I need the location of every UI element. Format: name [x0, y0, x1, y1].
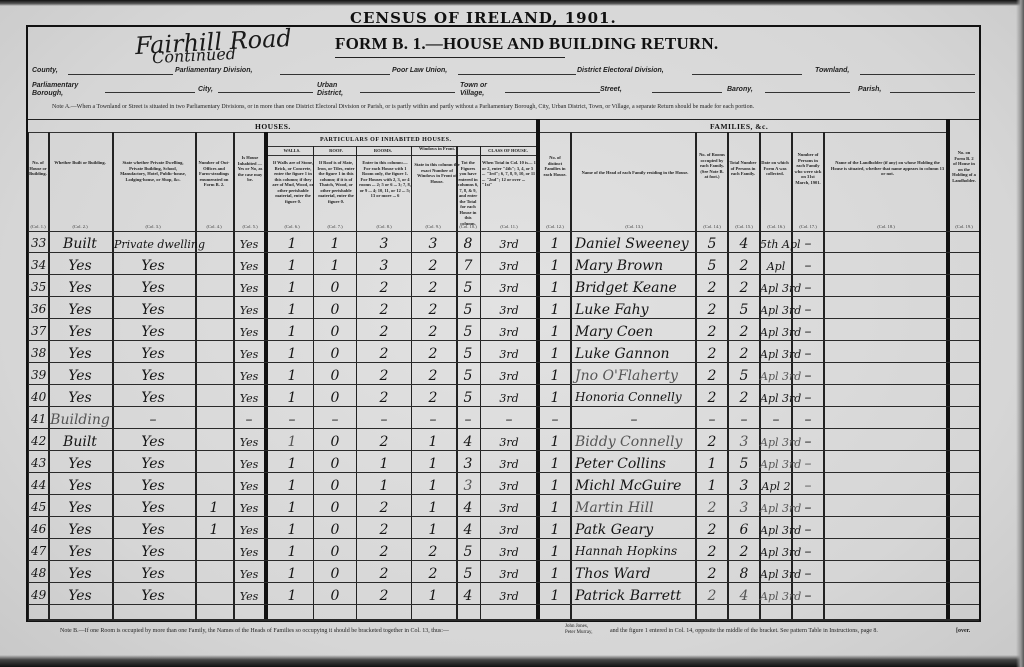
windows: 2: [410, 566, 456, 582]
col18-header: Name of the Landholder (if any) on whose…: [830, 160, 945, 177]
row-rule: [28, 516, 979, 517]
head-of-family: –: [572, 412, 696, 428]
roof: 1: [314, 236, 356, 252]
note-b-name-2: Peter Murray,: [565, 630, 592, 636]
sick-count: –: [792, 588, 824, 604]
urban-district-field: [360, 92, 455, 93]
inhabited: Yes: [234, 392, 264, 405]
rooms: 2: [356, 522, 412, 538]
date-collected: 5th Apl: [760, 238, 792, 251]
note-b-example-names: John Jones, Peter Murray,: [565, 624, 592, 636]
district-electoral-division-label: District Electoral Division,: [577, 67, 664, 74]
col17-number: (Col. 17.): [792, 224, 824, 229]
roof: –: [314, 412, 356, 428]
families-count: 1: [540, 478, 570, 494]
windows: 1: [410, 478, 456, 494]
row-rule: [28, 428, 979, 429]
walls: 1: [270, 500, 314, 516]
roof: 0: [314, 368, 356, 384]
windows: 1: [410, 434, 456, 450]
col5-number: (Col. 5.): [234, 224, 266, 229]
sick-count: –: [792, 522, 824, 538]
rooms-occupied: 2: [696, 346, 728, 362]
inhabited: Yes: [234, 480, 264, 493]
rooms-occupied: 2: [696, 368, 728, 384]
city-label: City,: [198, 86, 213, 93]
rooms: 2: [356, 302, 412, 318]
head-of-family: Mary Coen: [575, 324, 653, 340]
families-count: 1: [540, 566, 570, 582]
head-of-family: Michl McGuire: [575, 478, 681, 494]
col12-number: (Col. 12.): [540, 224, 570, 229]
total: 5: [456, 544, 480, 560]
families-count: 1: [540, 324, 570, 340]
families-count: 1: [540, 544, 570, 560]
house-number: 33: [31, 236, 46, 250]
rooms-occupied: 5: [696, 258, 728, 274]
total: 3: [456, 478, 480, 494]
parliamentary-borough-label: Parliamentary Borough,: [32, 82, 97, 98]
town-or-village-field: [505, 92, 600, 93]
parliamentary-borough-field: [105, 92, 195, 93]
house-class: 3rd: [480, 282, 538, 295]
inhabited: Yes: [234, 370, 264, 383]
date-collected: Apl 3rd: [760, 502, 792, 515]
house-class: 3rd: [480, 436, 538, 449]
building-kind: Yes: [114, 478, 192, 494]
parish-label: Parish,: [858, 86, 881, 93]
house-number: 36: [31, 302, 46, 316]
row-rule: [28, 318, 979, 319]
roof: 0: [314, 588, 356, 604]
scan-top-edge: [0, 0, 1024, 6]
house-class: 3rd: [480, 524, 538, 537]
col10-number: (Col. 10.): [456, 224, 480, 229]
built-or-building: Yes: [50, 566, 110, 582]
families-landholder-divider: [946, 119, 950, 619]
parish-field: [890, 92, 975, 93]
row-rule: [28, 252, 979, 253]
walls: 1: [270, 302, 314, 318]
built-or-building: Built: [50, 434, 110, 450]
inhabited: Yes: [234, 458, 264, 471]
head-of-family: Mary Brown: [575, 258, 663, 274]
families-count: 1: [540, 302, 570, 318]
windows: 2: [410, 280, 456, 296]
table-bottom-rule: [28, 619, 979, 621]
families-count: 1: [540, 368, 570, 384]
sick-count: –: [792, 434, 824, 450]
date-collected: Apl 3rd: [760, 436, 792, 449]
date-collected: Apl 3rd: [760, 392, 792, 405]
scan-right-edge: [1016, 0, 1024, 667]
rooms-occupied: 2: [696, 588, 728, 604]
built-or-building: Yes: [50, 346, 110, 362]
rooms: 2: [356, 324, 412, 340]
out-offices: 1: [196, 522, 232, 538]
walls: –: [270, 412, 314, 428]
families-count: –: [540, 412, 570, 428]
townland-field: [860, 74, 975, 75]
windows: 2: [410, 324, 456, 340]
persons: 2: [728, 544, 760, 560]
rooms: 2: [356, 544, 412, 560]
rooms-occupied: 2: [696, 434, 728, 450]
rooms: 2: [356, 566, 412, 582]
town-or-village-label: Town or Village,: [460, 82, 500, 98]
house-class: 3rd: [480, 392, 538, 405]
rooms: 1: [356, 478, 412, 494]
rooms-occupied: 2: [696, 302, 728, 318]
roof: 0: [314, 566, 356, 582]
total: 3: [456, 456, 480, 472]
built-or-building: Yes: [50, 280, 110, 296]
rooms: 2: [356, 434, 412, 450]
house-number: 45: [31, 500, 46, 514]
form-title-underline: [335, 57, 565, 58]
poor-law-union-field: [458, 74, 576, 75]
col10-header: Tot the Figures you have entered in colu…: [457, 160, 479, 226]
families-count: 1: [540, 258, 570, 274]
persons: 3: [728, 478, 760, 494]
roof: 1: [314, 258, 356, 274]
walls: 1: [270, 544, 314, 560]
row-rule: [28, 340, 979, 341]
out-offices: 1: [196, 500, 232, 516]
roof: 0: [314, 478, 356, 494]
families-count: 1: [540, 522, 570, 538]
col13-number: (Col. 13.): [572, 224, 696, 229]
windows: 1: [410, 456, 456, 472]
built-or-building: Yes: [50, 522, 110, 538]
windows: 1: [410, 522, 456, 538]
rooms: 2: [356, 346, 412, 362]
parliamentary-division-label: Parliamentary Division,: [175, 67, 252, 74]
house-number: 38: [31, 346, 46, 360]
urban-district-label: Urban District,: [317, 82, 352, 98]
windows: 1: [410, 500, 456, 516]
county-field: [68, 74, 173, 75]
col6-number: (Col. 6.): [270, 224, 314, 229]
row-rule: [28, 560, 979, 561]
inhabited: Yes: [234, 568, 264, 581]
walls: 1: [270, 280, 314, 296]
sick-count: –: [792, 368, 824, 384]
sick-count: –: [792, 500, 824, 516]
date-collected: Apl 3rd: [760, 568, 792, 581]
persons: 8: [728, 566, 760, 582]
built-or-building: Yes: [50, 368, 110, 384]
inhabited: Yes: [234, 282, 264, 295]
families-count: 1: [540, 346, 570, 362]
rooms-occupied: 2: [696, 280, 728, 296]
persons: –: [728, 412, 760, 428]
col11-header: When Total in Col. 10 is— 1 or 2, enter …: [482, 160, 536, 188]
date-collected: Apl 3rd: [760, 304, 792, 317]
sick-count: –: [792, 478, 824, 494]
sick-count: –: [792, 346, 824, 362]
head-of-family: Luke Gannon: [575, 346, 670, 362]
head-of-family: Patrick Barrett: [575, 588, 681, 604]
windows-subheader: Windows in Front.: [412, 146, 462, 152]
families-section-title: FAMILIES, &c.: [710, 122, 768, 131]
built-or-building: Yes: [50, 324, 110, 340]
row-rule: [28, 384, 979, 385]
house-number: 40: [31, 390, 46, 404]
building-kind: Yes: [114, 544, 192, 560]
rooms-occupied: 2: [696, 566, 728, 582]
inhabited: Yes: [234, 238, 264, 251]
total: 5: [456, 346, 480, 362]
building-kind: Yes: [114, 456, 192, 472]
head-of-family: Biddy Connelly: [575, 434, 682, 450]
inhabited: Yes: [234, 260, 264, 273]
col19-number: (Col. 19.): [950, 224, 978, 229]
col15-number: (Col. 15.): [728, 224, 760, 229]
col11-number: (Col. 11.): [480, 224, 538, 229]
city-field: [218, 92, 313, 93]
rooms: 1: [356, 456, 412, 472]
inhabited: Yes: [234, 348, 264, 361]
roof: 0: [314, 346, 356, 362]
walls: 1: [270, 346, 314, 362]
col6-header: If Walls are of Stone, Brick, or Concret…: [272, 160, 314, 204]
windows: 2: [410, 544, 456, 560]
walls: 1: [270, 456, 314, 472]
persons: 5: [728, 456, 760, 472]
families-count: 1: [540, 236, 570, 252]
date-collected: Apl 3rd: [760, 326, 792, 339]
col2-header: Whether Built or Building.: [52, 160, 108, 166]
col17-header: Number of Persons in each Family who wer…: [794, 152, 822, 185]
rooms: 2: [356, 500, 412, 516]
col14-number: (Col. 14.): [696, 224, 728, 229]
parliamentary-division-field: [280, 74, 390, 75]
col1-number: (Col. 1.): [28, 224, 48, 229]
total: 5: [456, 390, 480, 406]
built-or-building: Building: [50, 412, 110, 428]
house-number: 49: [31, 588, 46, 602]
house-class: 3rd: [480, 370, 538, 383]
persons: 4: [728, 236, 760, 252]
col19-header: No. on Form B. 2 of House in on the Hold…: [952, 150, 976, 183]
inhabited: Yes: [234, 524, 264, 537]
total: 4: [456, 500, 480, 516]
rooms-occupied: –: [696, 412, 728, 428]
sick-count: –: [792, 456, 824, 472]
rooms-occupied: 1: [696, 456, 728, 472]
col3-header: State whether Private Dwelling, Private …: [116, 160, 190, 182]
house-class: 3rd: [480, 304, 538, 317]
rooms-occupied: 2: [696, 544, 728, 560]
persons: 6: [728, 522, 760, 538]
built-or-building: Yes: [50, 588, 110, 604]
head-of-family: Luke Fahy: [575, 302, 649, 318]
inhabited: Yes: [234, 304, 264, 317]
col2-number: (Col. 2.): [50, 224, 110, 229]
building-kind: Private dwelling: [114, 238, 204, 251]
row-rule: [28, 450, 979, 451]
sick-count: –: [792, 258, 824, 274]
houses-section-title: HOUSES.: [255, 122, 291, 131]
head-of-family: Honoria Connelly: [575, 390, 682, 404]
building-kind: Yes: [114, 500, 192, 516]
rooms-occupied: 5: [696, 236, 728, 252]
walls: 1: [270, 478, 314, 494]
inhabited: Yes: [234, 546, 264, 559]
building-kind: Yes: [114, 302, 192, 318]
row-rule: [28, 296, 979, 297]
poor-law-union-label: Poor Law Union,: [392, 67, 447, 74]
col16-number: (Col. 16.): [760, 224, 792, 229]
col4-header: Number of Out-Offices and Farm-steadings…: [198, 160, 230, 188]
head-of-family: Thos Ward: [575, 566, 651, 582]
col8-number: (Col. 8.): [356, 224, 412, 229]
row-rule: [28, 362, 979, 363]
walls: 1: [270, 566, 314, 582]
col-divider: [570, 132, 572, 619]
house-number: 46: [31, 522, 46, 536]
rooms-occupied: 2: [696, 522, 728, 538]
roof: 0: [314, 434, 356, 450]
families-count: 1: [540, 390, 570, 406]
section-title-rule: [28, 132, 948, 133]
persons: 2: [728, 324, 760, 340]
rooms-subheader: ROOMS.: [358, 148, 408, 154]
col9-number: (Col. 9.): [410, 224, 456, 229]
persons: 2: [728, 390, 760, 406]
total: 4: [456, 434, 480, 450]
col9-header: State in this column the exact Number of…: [413, 162, 461, 184]
house-number: 42: [31, 434, 46, 448]
head-of-family: Daniel Sweeney: [575, 236, 689, 252]
persons: 3: [728, 500, 760, 516]
header-bottom-rule: [28, 231, 979, 232]
house-number: 35: [31, 280, 46, 294]
rooms: 3: [356, 236, 412, 252]
over-page-marker: [over.: [956, 628, 970, 634]
inhabited: Yes: [234, 502, 264, 515]
head-of-family: Martin Hill: [575, 500, 654, 516]
col14-header: No. of Rooms occupied by each Family. (S…: [698, 152, 726, 180]
class-subheader: CLASS OF HOUSE.: [482, 148, 534, 154]
row-rule: [28, 604, 979, 605]
windows: –: [410, 412, 456, 428]
date-collected: Apl 3rd: [760, 370, 792, 383]
row-rule: [28, 274, 979, 275]
date-collected: Apl 3rd: [760, 546, 792, 559]
building-kind: Yes: [114, 346, 192, 362]
roof: 0: [314, 324, 356, 340]
col15-header: Total Number of Persons in each Family.: [729, 160, 757, 177]
families-count: 1: [540, 434, 570, 450]
row-rule: [28, 538, 979, 539]
families-count: 1: [540, 280, 570, 296]
built-or-building: Yes: [50, 500, 110, 516]
head-of-family: Peter Collins: [575, 456, 666, 472]
built-or-building: Yes: [50, 302, 110, 318]
house-class: 3rd: [480, 348, 538, 361]
particulars-section-title: PARTICULARS OF INHABITED HOUSES.: [320, 137, 451, 143]
head-of-family: Jno O'Flaherty: [575, 368, 678, 384]
col7-header: If Roof is of Slate, Iron, or Tiles, ent…: [316, 160, 356, 204]
particulars-rule: [268, 146, 538, 147]
persons: 2: [728, 258, 760, 274]
col5-header: Is House Inhabited — Yes or No, as the c…: [236, 155, 264, 183]
rooms: 3: [356, 258, 412, 274]
note-b: Note B.—If one Room is occupied by more …: [60, 628, 449, 634]
row-rule: [28, 494, 979, 495]
head-of-family: Patk Geary: [575, 522, 653, 538]
date-collected: –: [760, 412, 792, 428]
street-field: [652, 92, 722, 93]
families-count: 1: [540, 500, 570, 516]
col18-number: (Col. 18.): [824, 224, 948, 229]
col-divider: [28, 132, 29, 619]
total: –: [456, 412, 480, 428]
built-or-building: Yes: [50, 258, 110, 274]
windows: 3: [410, 236, 456, 252]
col13-header: Name of the Head of each Family residing…: [580, 170, 690, 176]
inhabited: Yes: [234, 436, 264, 449]
rooms: 2: [356, 368, 412, 384]
date-collected: Apl 3rd: [760, 348, 792, 361]
house-number: 43: [31, 456, 46, 470]
house-class: –: [480, 412, 538, 428]
house-number: 41: [31, 412, 46, 426]
rooms-occupied: 2: [696, 324, 728, 340]
walls: 1: [270, 236, 314, 252]
building-kind: Yes: [114, 588, 192, 604]
sick-count: –: [792, 302, 824, 318]
total: 5: [456, 280, 480, 296]
families-count: 1: [540, 588, 570, 604]
census-form-sheet: CENSUS OF IRELAND, 1901. Fairhill Road C…: [0, 0, 1024, 667]
windows: 1: [410, 588, 456, 604]
header-top-rule: [28, 119, 979, 120]
total: 5: [456, 302, 480, 318]
persons: 2: [728, 280, 760, 296]
house-number: 37: [31, 324, 46, 338]
house-class: 3rd: [480, 480, 538, 493]
sick-count: –: [792, 236, 824, 252]
col7-number: (Col. 7.): [314, 224, 356, 229]
walls: 1: [270, 588, 314, 604]
date-collected: Apl 3rd: [760, 524, 792, 537]
sick-count: –: [792, 280, 824, 296]
built-or-building: Built: [50, 236, 110, 252]
building-kind: Yes: [114, 522, 192, 538]
house-class: 3rd: [480, 546, 538, 559]
sick-count: –: [792, 412, 824, 428]
walls: 1: [270, 390, 314, 406]
col3-number: (Col. 3.): [114, 224, 192, 229]
persons: 3: [728, 434, 760, 450]
barony-field: [765, 92, 850, 93]
date-collected: Apl 3rd: [760, 282, 792, 295]
persons: 5: [728, 368, 760, 384]
inhabited: Yes: [234, 326, 264, 339]
head-of-family: Bridget Keane: [575, 280, 677, 296]
persons: 2: [728, 346, 760, 362]
rooms: 2: [356, 390, 412, 406]
house-number: 48: [31, 566, 46, 580]
rooms-occupied: 2: [696, 390, 728, 406]
built-or-building: Yes: [50, 544, 110, 560]
date-collected: Apl 2: [760, 480, 792, 493]
row-rule: [28, 406, 979, 407]
house-number: 44: [31, 478, 46, 492]
